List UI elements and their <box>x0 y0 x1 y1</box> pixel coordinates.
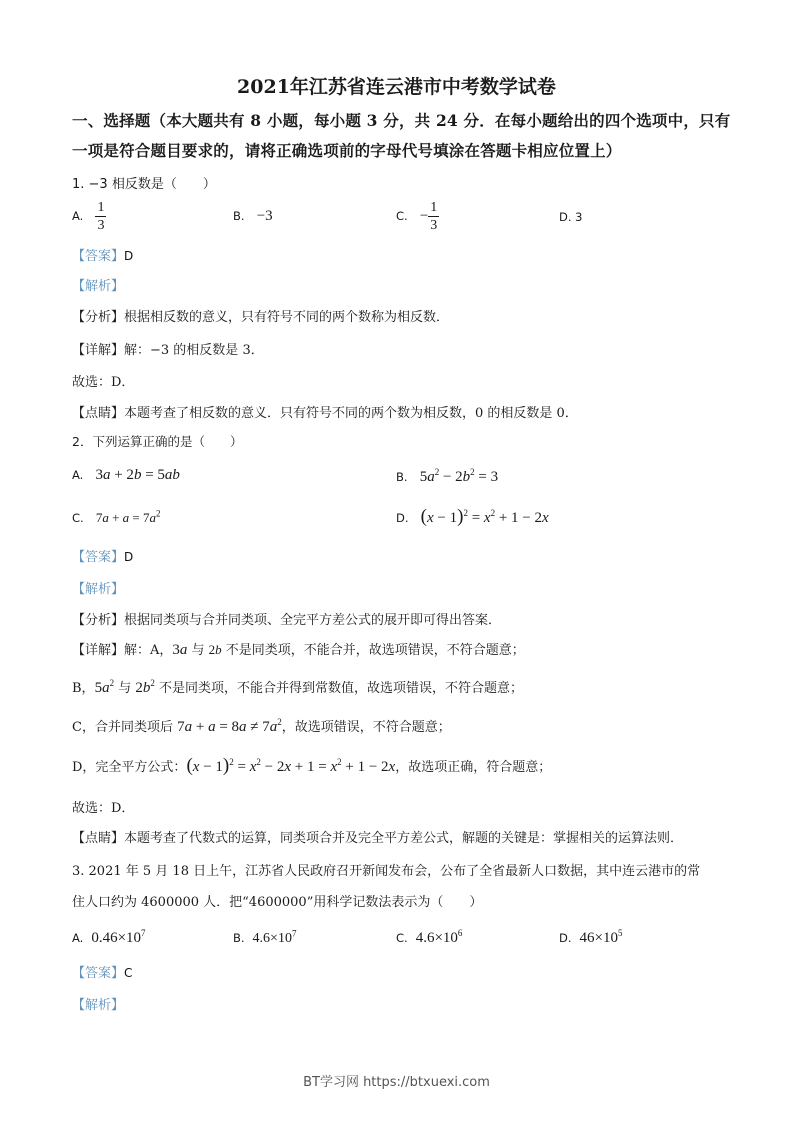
question-1-stem: 1. −3 相反数是（ ） <box>72 173 216 192</box>
q3-option-c: C.4.6×106 <box>396 928 462 947</box>
q3-option-d: D.46×105 <box>559 928 622 947</box>
fraction: 13 <box>428 199 439 234</box>
q2-analysis-header: 【解析】 <box>72 578 124 597</box>
q2-detail-d: D，完全平方公式：(x − 1)2 = x2 − 2x + 1 = x2 + 1… <box>72 755 551 777</box>
q1-comment: 【点睛】本题考查了相反数的意义．只有符号不同的两个数为相反数，0 的相反数是 0… <box>72 402 578 421</box>
q3-answer: 【答案】C <box>72 962 132 981</box>
fraction: 13 <box>95 199 106 234</box>
q2-comment: 【点睛】本题考查了代数式的运算，同类项合并及完全平方差公式，解题的关键是：掌握相… <box>72 827 683 846</box>
q1-choose: 故选：D． <box>72 371 134 390</box>
question-3-stem-line1: 3. 2021 年 5 月 18 日上午，江苏省人民政府召开新闻发布会，公布了全… <box>72 860 700 879</box>
q3-option-b: B.4.6×107 <box>233 928 296 947</box>
q2-analysis: 【分析】根据同类项与合并同类项、全完平方差公式的展开即可得出答案． <box>72 609 501 628</box>
q2-choose: 故选：D． <box>72 797 134 816</box>
section-heading-line2: 一项是符合题目要求的，请将正确选项前的字母代号填涂在答题卡相应位置上） <box>72 139 622 161</box>
question-2-stem: 2．下列运算正确的是（ ） <box>72 432 242 450</box>
q1-analysis-header: 【解析】 <box>72 275 124 294</box>
section-heading-line1: 一、选择题（本大题共有 8 小题，每小题 3 分，共 24 分．在每小题给出的四… <box>72 109 730 131</box>
q3-analysis-header: 【解析】 <box>72 994 124 1013</box>
q3-option-a: A.0.46×107 <box>72 928 146 947</box>
q1-option-d: D. 3 <box>559 210 582 224</box>
q1-answer: 【答案】D <box>72 245 133 264</box>
q2-detail-a: 【详解】解：A，3a 与 2b 不是同类项，不能合并，故选项错误，不符合题意； <box>72 639 525 659</box>
footer-watermark: BT学习网 https://btxuexi.com <box>0 1071 793 1090</box>
option-label: A. <box>72 209 83 223</box>
q2-detail-c: C，合并同类项后 7a + a = 8a ≠ 7a2，故选项错误，不符合题意； <box>72 716 451 736</box>
page-title: 2021年江苏省连云港市中考数学试卷 <box>0 72 793 99</box>
q1-detail: 【详解】解：−3 的相反数是 3． <box>72 339 264 358</box>
q2-detail-b: B，5a2 与 2b2 不是同类项，不能合并得到常数值，故选项错误，不符合题意； <box>72 677 523 697</box>
q2-option-b: B. 5a2 − 2b2 = 3 <box>396 467 498 486</box>
question-3-stem-line2: 住人口约为 4600000 人．把“4600000”用科学记数法表示为（ ） <box>72 891 482 910</box>
q2-option-a: A. 3a + 2b = 5ab <box>72 467 180 484</box>
q2-answer: 【答案】D <box>72 546 133 565</box>
q2-option-c: C. 7a + a = 7a2 <box>72 509 161 526</box>
q1-option-b: B. −3 <box>233 208 273 225</box>
q1-option-c: C. −13 <box>396 199 439 234</box>
q1-analysis: 【分析】根据相反数的意义，只有符号不同的两个数称为相反数． <box>72 306 449 325</box>
q2-option-d: D. (x − 1)2 = x2 + 1 − 2x <box>396 506 549 528</box>
q1-option-a: A. 13 <box>72 199 106 234</box>
